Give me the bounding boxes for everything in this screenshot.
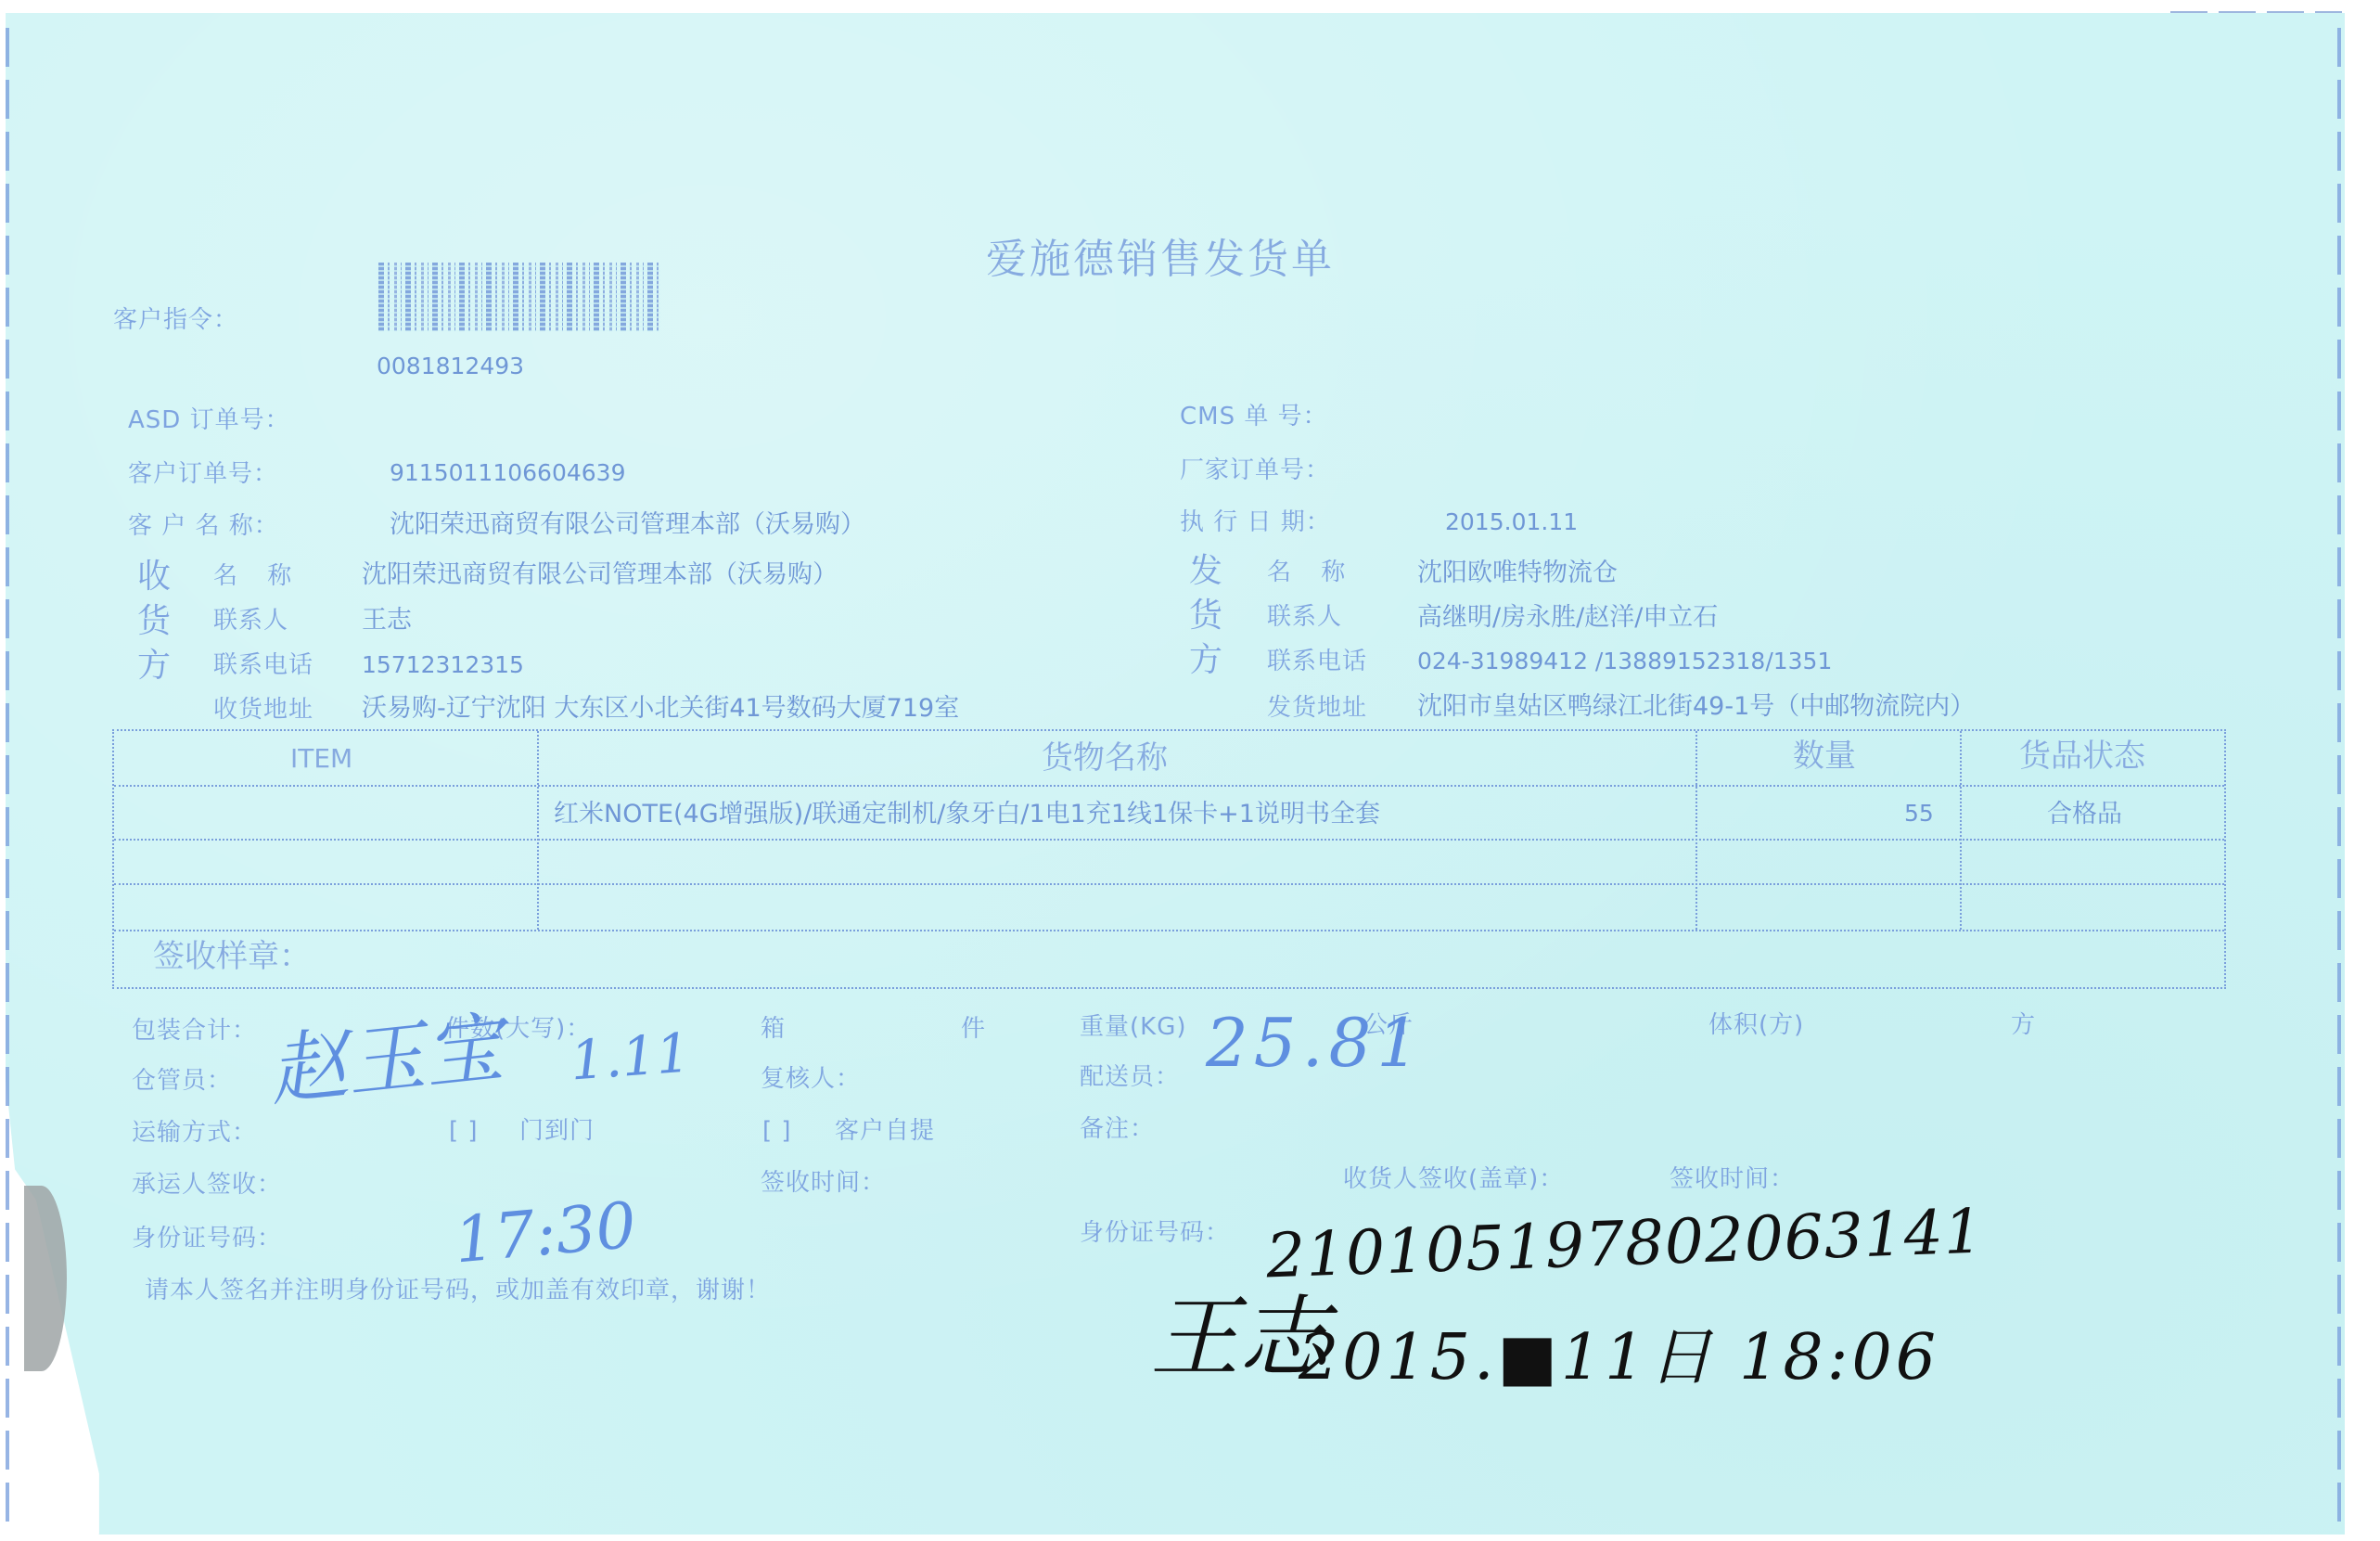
receiver-phone-value: 15712312315 xyxy=(362,653,524,676)
barcode xyxy=(378,263,660,331)
shipper-side-char-1: 发 xyxy=(1189,555,1222,588)
receiver-name-label: 名 称 xyxy=(213,564,292,588)
handwritten-weight: 25.81 xyxy=(1206,1009,1425,1076)
receiver-side-char-2: 货 xyxy=(137,605,171,638)
customer-order-value: 9115011106604639 xyxy=(390,461,626,484)
cell-quantity: 55 xyxy=(1904,802,1934,825)
handwritten-date-note: 1.11 xyxy=(569,1026,692,1088)
handwritten-carrier-time: 17:30 xyxy=(452,1195,638,1274)
asd-order-label: ASD 订单号： xyxy=(128,408,290,432)
volume-unit: 方 xyxy=(2011,1013,2036,1037)
shipper-contact-value: 高继明/房永胜/赵洋/申立石 xyxy=(1417,605,1718,630)
receiver-address-value: 沃易购-辽宁沈阳 大东区小北关街41号数码大厦719室 xyxy=(362,696,959,721)
handwritten-warehouse-signature: 赵玉宝 xyxy=(265,1008,505,1111)
piece-label: 件 xyxy=(961,1017,986,1041)
customer-name-label: 客 户 名 称： xyxy=(128,514,279,538)
exec-date-label: 执 行 日 期： xyxy=(1180,510,1331,534)
transport-label: 运输方式： xyxy=(132,1121,257,1145)
perforation-left xyxy=(6,28,9,1522)
shipper-side-char-2: 货 xyxy=(1189,599,1222,633)
shipper-side-char-3: 方 xyxy=(1189,644,1222,677)
header-goods-status: 货品状态 xyxy=(2019,740,2145,772)
remarks-label: 备注： xyxy=(1080,1117,1155,1141)
cms-label: CMS 单 号： xyxy=(1180,405,1328,429)
self-pickup-label: 客户自提 xyxy=(835,1119,935,1143)
perforation-right xyxy=(2337,28,2341,1522)
receiver-side-char-1: 收 xyxy=(137,560,171,594)
customer-instruction-label: 客户指令： xyxy=(113,308,238,332)
reviewer-label: 复核人： xyxy=(761,1067,861,1091)
goods-table: ITEM 货物名称 数量 货品状态 红米NOTE(4G增强版)/联通定制机/象牙… xyxy=(112,729,2226,989)
shipper-phone-label: 联系电话 xyxy=(1267,649,1367,674)
self-pickup-checkbox[interactable]: [ ] xyxy=(762,1119,792,1143)
barcode-number: 0081812493 xyxy=(377,354,524,378)
shipper-contact-label: 联系人 xyxy=(1267,605,1342,629)
shipper-phone-value: 024-31989412 /13889152318/1351 xyxy=(1417,649,1832,673)
receiver-sign-time-label: 签收时间： xyxy=(1670,1167,1795,1191)
receiver-name-value: 沈阳荣迅商贸有限公司管理本部（沃易购） xyxy=(362,562,838,587)
shipper-name-value: 沈阳欧唯特物流仓 xyxy=(1417,560,1618,585)
receiver-side-char-3: 方 xyxy=(137,649,171,683)
shipper-address-label: 发货地址 xyxy=(1267,696,1367,720)
id-number-label-left: 身份证号码： xyxy=(132,1226,282,1251)
receiver-contact-label: 联系人 xyxy=(213,609,288,633)
factory-order-label: 厂家订单号： xyxy=(1180,458,1330,482)
cell-goods-status: 合格品 xyxy=(2047,802,2122,827)
door-to-door-checkbox[interactable]: [ ] xyxy=(449,1119,479,1143)
receiver-phone-label: 联系电话 xyxy=(213,653,313,677)
carrier-sign-label: 承运人签收： xyxy=(132,1173,282,1197)
receiver-contact-value: 王志 xyxy=(362,608,412,633)
sign-sample-label: 签收样章： xyxy=(153,941,311,972)
handwritten-receipt-datetime: 2015.■11日 18:06 xyxy=(1299,1327,1939,1390)
weight-label: 重量(KG) xyxy=(1080,1015,1187,1039)
receiver-address-label: 收货地址 xyxy=(213,698,313,722)
signature-notice: 请本人签名并注明身份证号码，或加盖有效印章，谢谢！ xyxy=(145,1278,771,1303)
warehouse-keeper-label: 仓管员： xyxy=(132,1069,232,1093)
box-label: 箱 xyxy=(761,1017,786,1041)
id-number-label-right: 身份证号码： xyxy=(1080,1221,1230,1245)
header-quantity: 数量 xyxy=(1793,740,1856,772)
perforation-top xyxy=(2170,11,2342,13)
door-to-door-label: 门到门 xyxy=(519,1119,595,1143)
header-item: ITEM xyxy=(290,746,352,772)
cell-goods-name: 红米NOTE(4G增强版)/联通定制机/象牙白/1电1充1线1保卡+1说明书全套 xyxy=(554,802,1380,827)
package-total-label: 包装合计： xyxy=(132,1019,257,1043)
receiver-sign-label: 收货人签收(盖章)： xyxy=(1343,1167,1564,1191)
deliverer-label: 配送员： xyxy=(1080,1065,1180,1089)
header-goods-name: 货物名称 xyxy=(1042,742,1168,774)
shipper-name-label: 名 称 xyxy=(1267,560,1346,584)
customer-name-value: 沈阳荣迅商贸有限公司管理本部（沃易购） xyxy=(390,512,865,537)
volume-label: 体积(方) xyxy=(1708,1013,1804,1037)
shipper-address-value: 沈阳市皇姑区鸭绿江北街49-1号（中邮物流院内） xyxy=(1417,694,1975,719)
exec-date-value: 2015.01.11 xyxy=(1445,510,1578,533)
document-title: 爱施德销售发货单 xyxy=(986,239,1335,280)
carrier-sign-time-label: 签收时间： xyxy=(761,1171,886,1195)
customer-order-label: 客户订单号： xyxy=(128,462,278,486)
